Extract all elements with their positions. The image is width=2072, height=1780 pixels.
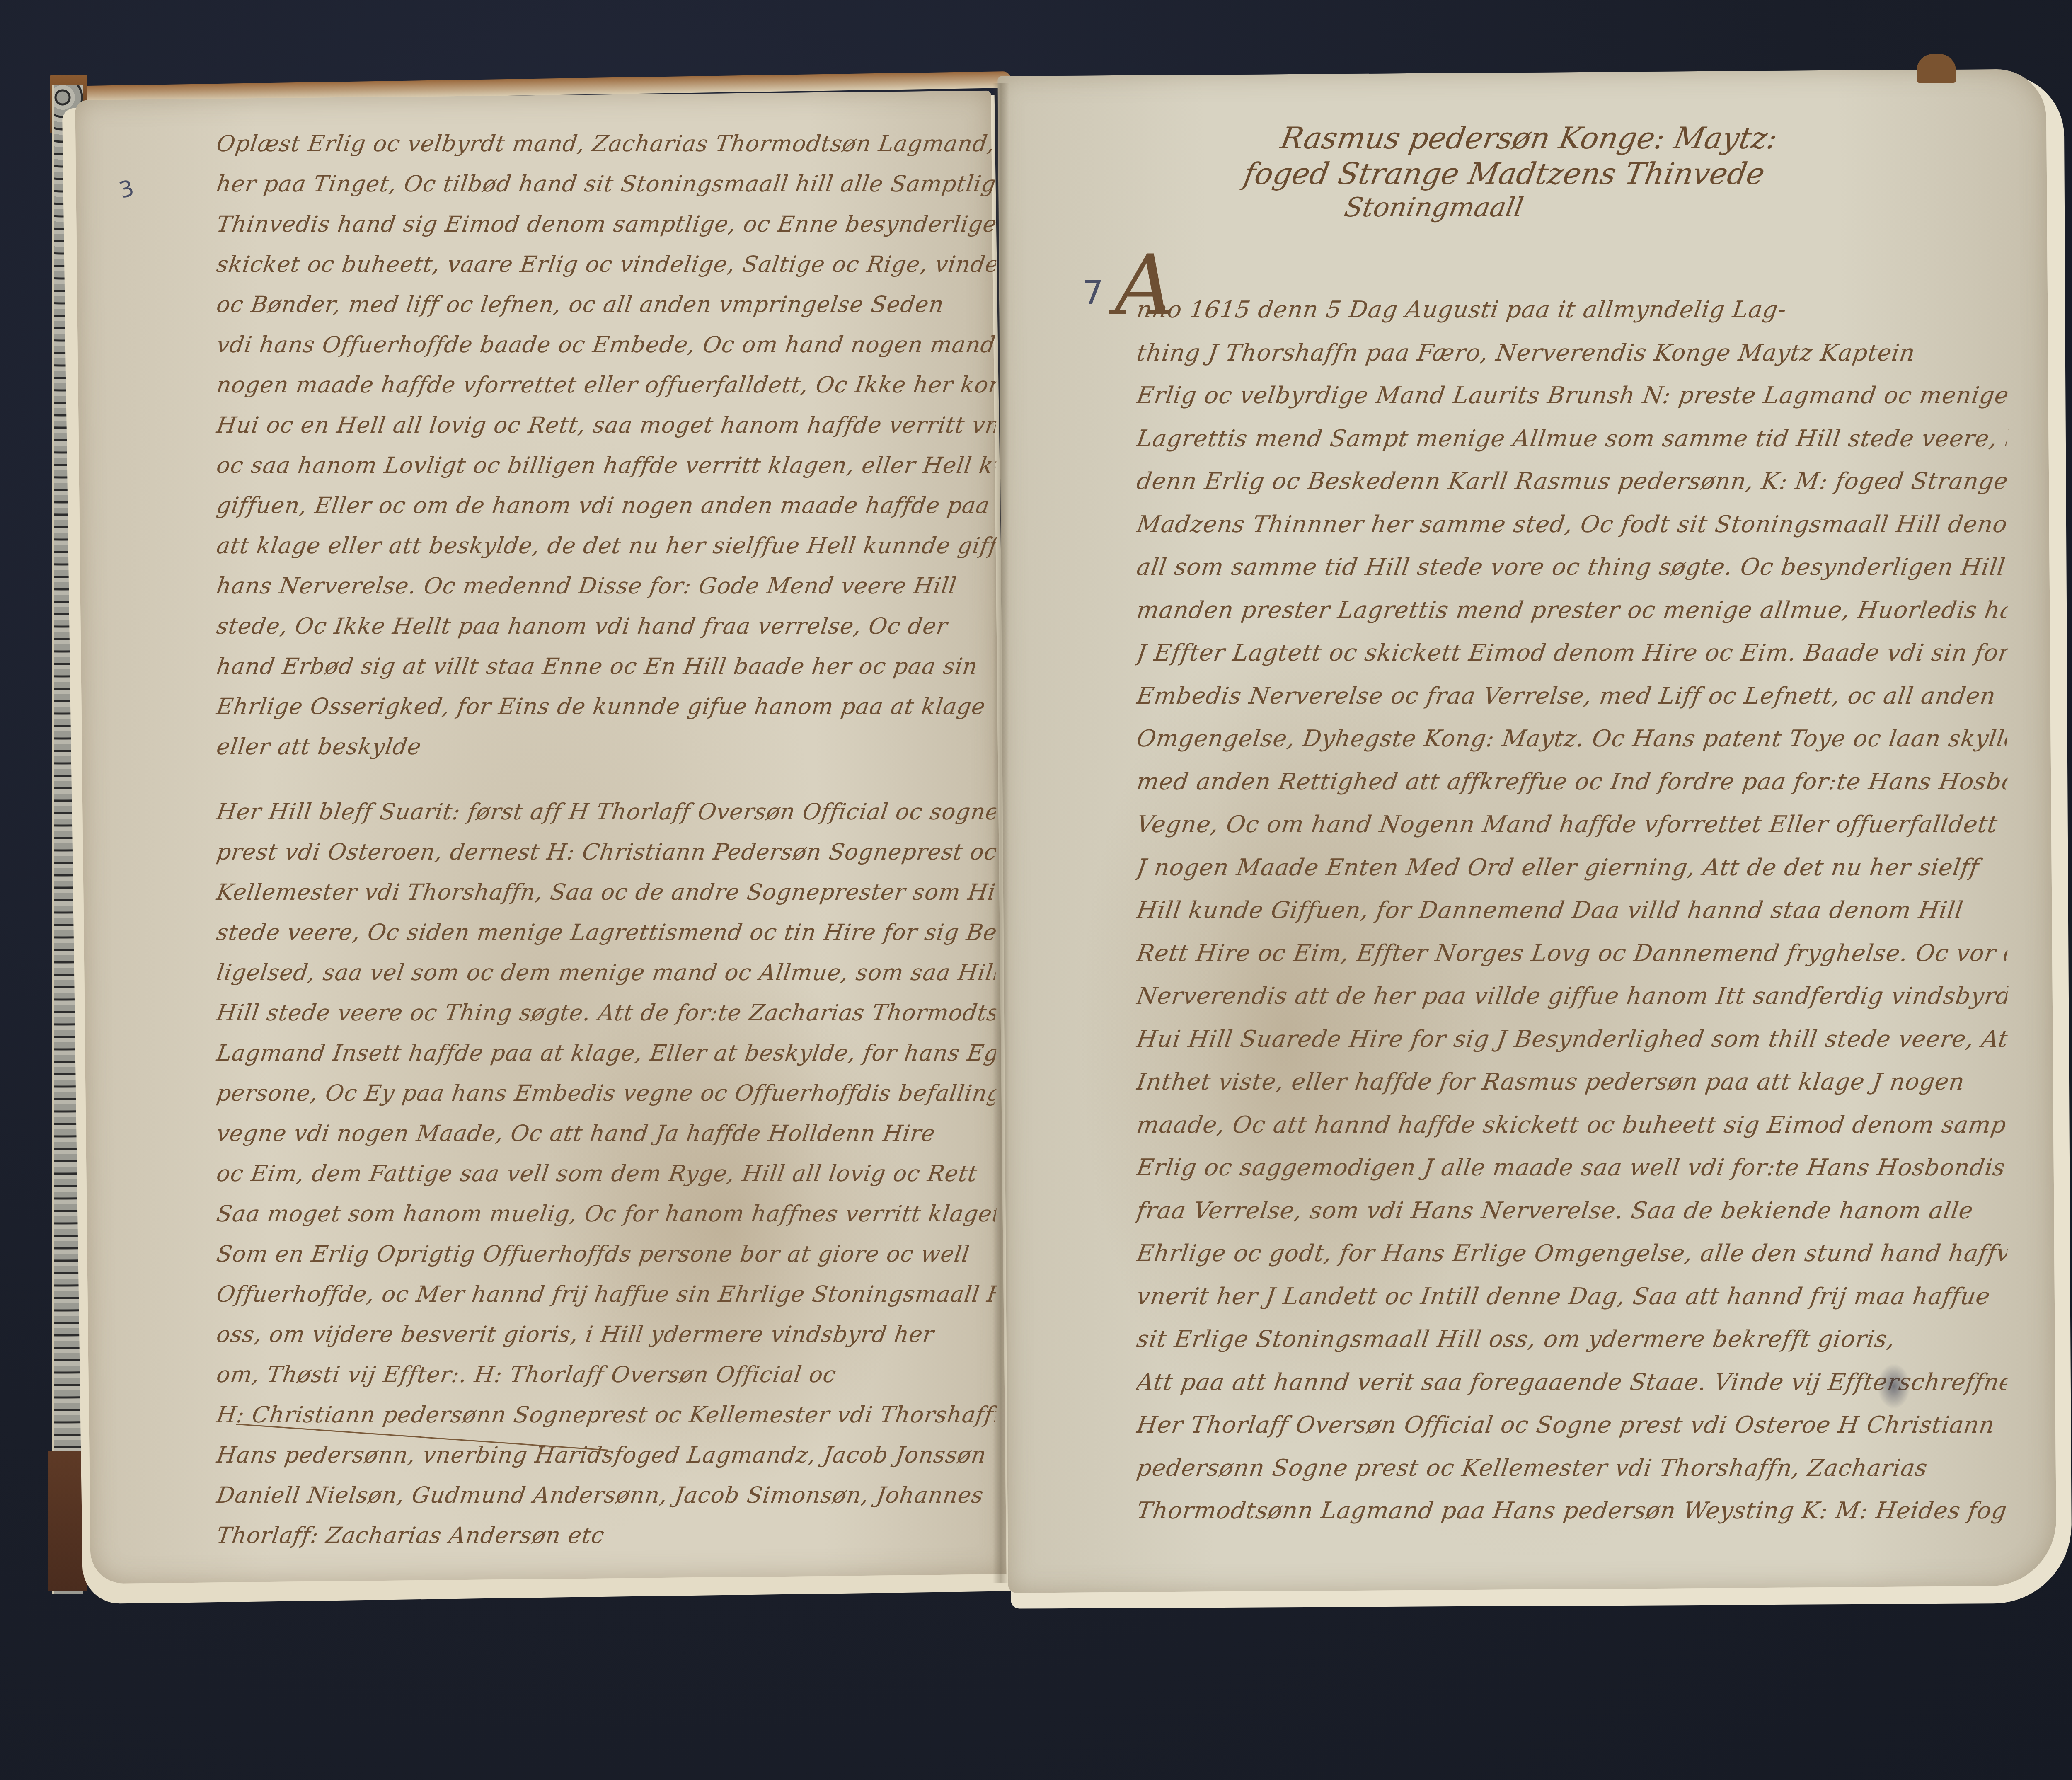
manuscript-line: Hui oc en Hell all lovig oc Rett, saa mo… — [213, 414, 997, 454]
manuscript-line: Inthet viste, eller haffde for Rasmus pe… — [1133, 1070, 2009, 1114]
manuscript-line: Embedis Nerverelse oc fraa Verrelse, med… — [1133, 685, 2009, 728]
manuscript-line: pedersønn Sogne prest oc Kellemester vdi… — [1133, 1457, 2009, 1500]
manuscript-line: oc Eim, dem Fattige saa vell som dem Ryg… — [213, 1162, 997, 1203]
manuscript-line: Lagmand Insett haffde paa at klage, Elle… — [213, 1042, 997, 1082]
manuscript-line: att klage eller att beskylde, de det nu … — [213, 535, 997, 575]
manuscript-line: Saa moget som hanom muelig, Oc for hanom… — [213, 1203, 997, 1243]
manuscript-line: hand Erbød sig at villt staa Enne oc En … — [213, 655, 997, 695]
heading-line: Stoningmaall — [1041, 192, 1826, 224]
manuscript-line: Hill stede veere oc Thing søgte. Att de … — [213, 1002, 997, 1042]
manuscript-line: Vegne, Oc om hand Nogenn Mand haffde vfo… — [1133, 813, 2009, 856]
manuscript-line: Omgengelse, Dyhegste Kong: Maytz. Oc Han… — [1133, 727, 2009, 770]
manuscript-spread: 3 7 Oplæst Erlig oc velbyrdt mand, Zacha… — [0, 0, 2072, 1780]
manuscript-line: Oplæst Erlig oc velbyrdt mand, Zacharias… — [213, 133, 997, 173]
ink-blot — [1877, 1363, 1910, 1409]
manuscript-line: J nogen Maade Enten Med Ord eller gierni… — [1133, 856, 2009, 899]
heading-line: foged Strange Madtzens Thinvede — [1182, 156, 1826, 191]
manuscript-line: denn Erlig oc Beskedenn Karll Rasmus ped… — [1133, 470, 2009, 513]
manuscript-line: oc Bønder, med liff oc lefnen, oc all an… — [213, 293, 997, 334]
leather-corner-tab — [1917, 54, 1956, 83]
manuscript-line: hans Nerverelse. Oc medennd Disse for: G… — [213, 575, 997, 615]
manuscript-line: Thinvedis hand sig Eimod denom samptlige… — [213, 213, 997, 253]
manuscript-line: vdi hans Offuerhoffde baade oc Embede, O… — [213, 334, 997, 374]
manuscript-line: Rett Hire oc Eim, Effter Norges Lovg oc … — [1133, 942, 2009, 985]
manuscript-line: om, Thøsti vij Effter:. H: Thorlaff Over… — [213, 1363, 997, 1404]
manuscript-line: Nerverendis att de her paa villde giffue… — [1133, 985, 2009, 1028]
manuscript-line: persone, Oc Ey paa hans Embedis vegne oc… — [213, 1082, 997, 1122]
manuscript-line: nogen maade haffde vforrettet eller offu… — [213, 374, 997, 414]
manuscript-line: Thormodtsønn Lagmand paa Hans pedersøn W… — [1133, 1499, 2009, 1543]
manuscript-line: her paa Tinget, Oc tilbød hand sit Stoni… — [213, 173, 997, 213]
manuscript-line: H: Christiann pedersønn Sogneprest oc Ke… — [213, 1404, 997, 1444]
manuscript-line: prest vdi Osteroen, dernest H: Christian… — [213, 841, 997, 881]
manuscript-line: oss, om vijdere besverit gioris, i Hill … — [213, 1323, 997, 1363]
right-pencil-folio-number: 7 — [1082, 274, 1104, 312]
right-page-heading: Rasmus pedersøn Konge: Maytz: foged Stra… — [1202, 120, 1823, 224]
manuscript-line: manden prester Lagrettis mend prester oc… — [1133, 599, 2009, 642]
manuscript-line: Hui Hill Suarede Hire for sig J Besynder… — [1133, 1028, 2009, 1071]
manuscript-line: Her Hill bleff Suarit: først aff H Thorl… — [213, 801, 997, 841]
manuscript-line: Erlig oc velbyrdige Mand Laurits Brunsh … — [1133, 384, 2009, 427]
manuscript-line: Madzens Thinnner her samme sted, Oc fodt… — [1133, 513, 2009, 556]
manuscript-line: giffuen, Eller oc om de hanom vdi nogen … — [213, 494, 997, 535]
heading-line: Rasmus pedersøn Konge: Maytz: — [1232, 120, 1826, 156]
manuscript-line: Thorlaff: Zacharias Andersøn etc — [213, 1524, 997, 1564]
manuscript-line: Erlig oc saggemodigen J alle maade saa w… — [1133, 1156, 2009, 1199]
manuscript-line: Offuerhoffde, oc Mer hannd frij haffue s… — [213, 1283, 997, 1323]
manuscript-line: Her Thorlaff Oversøn Official oc Sogne p… — [1133, 1414, 2009, 1457]
right-page-text: nno 1615 denn 5 Dag Augusti paa it allmy… — [1135, 298, 2006, 1543]
manuscript-line: nno 1615 denn 5 Dag Augusti paa it allmy… — [1133, 298, 2009, 341]
manuscript-line: Som en Erlig Oprigtig Offuerhoffds perso… — [213, 1243, 997, 1283]
manuscript-line: ligelsed, saa vel som oc dem menige mand… — [213, 961, 997, 1002]
manuscript-line: med anden Rettighed att affkreffue oc In… — [1133, 770, 2009, 814]
manuscript-line: maade, Oc att hannd haffde skickett oc b… — [1133, 1114, 2009, 1157]
manuscript-line: J Effter Lagtett oc skickett Eimod denom… — [1133, 642, 2009, 685]
manuscript-line: all som samme tid Hill stede vore oc thi… — [1133, 556, 2009, 599]
manuscript-line: vnerit her J Landett oc Intill denne Dag… — [1133, 1285, 2009, 1328]
manuscript-line: vegne vdi nogen Maade, Oc att hand Ja ha… — [213, 1122, 997, 1162]
manuscript-line: eller att beskylde — [213, 736, 997, 776]
manuscript-line: Ehrlige Osserigked, for Eins de kunnde g… — [213, 695, 997, 736]
manuscript-line: thing J Thorshaffn paa Færo, Nerverendis… — [1133, 341, 2009, 385]
manuscript-line: fraa Verrelse, som vdi Hans Nerverelse. … — [1133, 1199, 2009, 1242]
manuscript-line: skicket oc buheett, vaare Erlig oc vinde… — [213, 253, 997, 293]
manuscript-line: stede veere, Oc siden menige Lagrettisme… — [213, 921, 997, 961]
left-page-text: Oplæst Erlig oc velbyrdt mand, Zacharias… — [215, 133, 995, 1564]
manuscript-line: stede, Oc Ikke Hellt paa hanom vdi hand … — [213, 615, 997, 655]
manuscript-line: oc saa hanom Lovligt oc billigen haffde … — [213, 454, 997, 494]
manuscript-line: Lagrettis mend Sampt menige Allmue som s… — [1133, 427, 2009, 470]
manuscript-line: Daniell Nielsøn, Gudmund Andersønn, Jaco… — [213, 1484, 997, 1524]
manuscript-line: Ehrlige oc godt, for Hans Erlige Omgenge… — [1133, 1242, 2009, 1285]
manuscript-line: Hill kunde Giffuen, for Dannemend Daa vi… — [1133, 899, 2009, 942]
manuscript-line: Kellemester vdi Thorshaffn, Saa oc de an… — [213, 881, 997, 921]
